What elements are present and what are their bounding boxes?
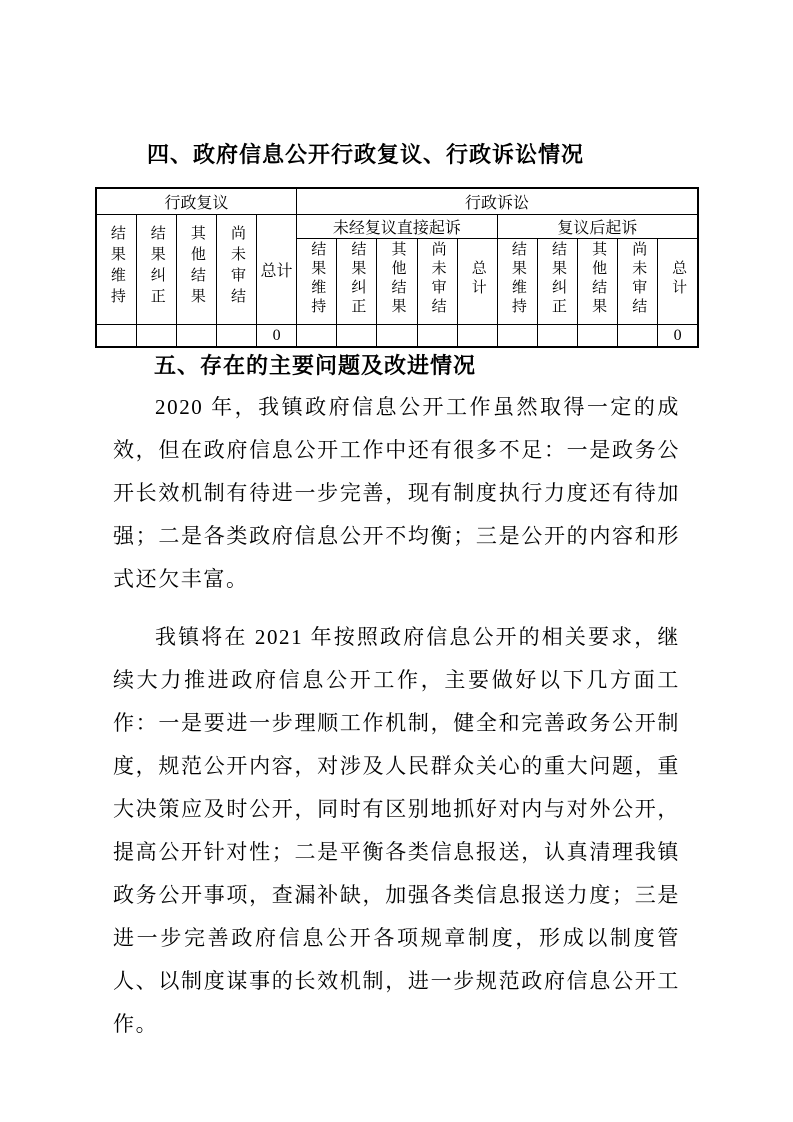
column-header-total: 总计 (257, 215, 297, 325)
table-data-row: 0 0 (96, 325, 698, 348)
review-litigation-table: 行政复议 行政诉讼 结果维持 结果纠正 其他结果 尚未审结 总计 未经复议直接起… (95, 187, 699, 348)
data-cell (578, 325, 618, 348)
section-5-heading: 五、存在的主要问题及改进情况 (154, 349, 476, 380)
data-cell (297, 325, 337, 348)
column-header-pending: 尚未审结 (417, 239, 457, 325)
section-5-body: 2020 年，我镇政府信息公开工作虽然取得一定的成效，但在政府信息公开工作中还有… (113, 386, 680, 1046)
data-cell (497, 325, 537, 348)
data-cell-reconsideration-total: 0 (257, 325, 297, 348)
column-header-total: 总计 (658, 239, 698, 325)
column-header-other-result: 其他结果 (578, 239, 618, 325)
subgroup-header-direct-suit: 未经复议直接起诉 (297, 215, 498, 239)
column-header-other-result: 其他结果 (377, 239, 417, 325)
section-4-heading: 四、政府信息公开行政复议、行政诉讼情况 (147, 138, 584, 169)
data-cell (176, 325, 216, 348)
paragraph-problems: 2020 年，我镇政府信息公开工作虽然取得一定的成效，但在政府信息公开工作中还有… (113, 386, 680, 601)
column-header-total: 总计 (457, 239, 497, 325)
data-cell (216, 325, 256, 348)
data-cell (136, 325, 176, 348)
document-page: 四、政府信息公开行政复议、行政诉讼情况 行政复议 行政诉讼 结果维持 结果纠正 … (0, 0, 793, 1122)
column-header-result-upheld: 结果维持 (497, 239, 537, 325)
table-group-header-row: 行政复议 行政诉讼 (96, 188, 698, 215)
data-cell (377, 325, 417, 348)
column-header-result-corrected: 结果纠正 (537, 239, 577, 325)
group-header-reconsideration: 行政复议 (96, 188, 297, 215)
column-header-pending: 尚未审结 (216, 215, 256, 325)
table-subgroup-header-row: 结果维持 结果纠正 其他结果 尚未审结 总计 未经复议直接起诉 复议后起诉 (96, 215, 698, 239)
column-header-result-upheld: 结果维持 (297, 239, 337, 325)
data-cell (417, 325, 457, 348)
subgroup-header-after-review-suit: 复议后起诉 (497, 215, 698, 239)
column-header-pending: 尚未审结 (618, 239, 658, 325)
data-cell (537, 325, 577, 348)
paragraph-improvements: 我镇将在 2021 年按照政府信息公开的相关要求，继续大力推进政府信息公开工作，… (113, 616, 680, 1046)
data-cell-after-review-total: 0 (658, 325, 698, 348)
column-header-result-corrected: 结果纠正 (337, 239, 377, 325)
column-header-result-upheld: 结果维持 (96, 215, 136, 325)
group-header-litigation: 行政诉讼 (297, 188, 698, 215)
column-header-other-result: 其他结果 (176, 215, 216, 325)
data-cell (96, 325, 136, 348)
column-header-result-corrected: 结果纠正 (136, 215, 176, 325)
data-cell (457, 325, 497, 348)
data-cell (337, 325, 377, 348)
data-cell (618, 325, 658, 348)
